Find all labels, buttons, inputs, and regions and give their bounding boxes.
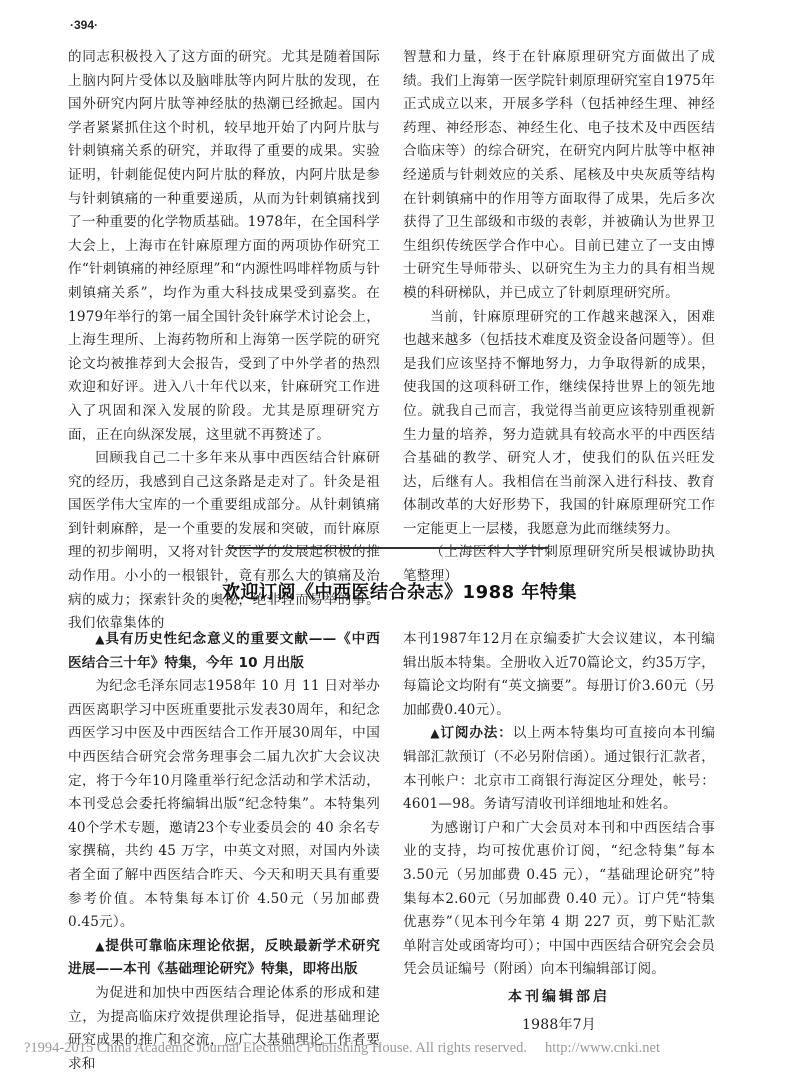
copyright-text: ?1994-2015 China Academic Journal Electr…: [24, 1040, 527, 1056]
signature: 本刊编辑部启: [403, 986, 715, 1010]
announcement-left-column: ▲具有历史性纪念意义的重要文献——《中西医结合三十年》特集，今年 10 月出版 …: [68, 628, 380, 1076]
section2-body-part2: 本刊1987年12月在京编委扩大会议建议，本刊编辑出版本特集。全册收入近70篇论…: [403, 628, 715, 722]
section1-heading: ▲具有历史性纪念意义的重要文献——《中西医结合三十年》特集，今年 10 月出版: [68, 628, 380, 675]
article-paragraph: 当前，针麻原理研究的工作越来越深入，困难也越来越多（包括技术难度及资金设备问题等…: [403, 306, 715, 542]
announcement-right-column: 本刊1987年12月在京编委扩大会议建议，本刊编辑出版本特集。全册收入近70篇论…: [403, 628, 715, 1037]
article-paragraph: 的同志积极投入了这方面的研究。尤其是随着国际上脑内阿片受体以及脑啡肽等内阿片肽的…: [68, 46, 380, 447]
footer-url[interactable]: http://www.cnki.net: [545, 1040, 660, 1056]
triangle-marker-icon: ▲: [95, 939, 105, 953]
section3-heading: ▲订阅办法：: [430, 725, 513, 741]
section2-heading: ▲提供可靠临床理论依据，反映最新学术研究进展——本刊《基础理论研究》特集，即将出…: [68, 935, 380, 982]
article-paragraph: 回顾我自己二十多年来从事中西医结合针麻研究的经历，我感到自己这条路是走对了。针灸…: [68, 447, 380, 636]
signature-date: 1988年7月: [403, 1014, 715, 1038]
section2-body-part1: 为促进和加快中西医结合理论体系的形成和建立，为提高临床疗效提供理论指导，促进基础…: [68, 982, 380, 1076]
section3-paragraph: ▲订阅办法：以上两本特集均可直接向本刊编辑部汇款预订（不必另附信函）。通过银行汇…: [403, 722, 715, 816]
section1-body: 为纪念毛泽东同志1958年 10 月 11 日对举办西医离职学习中医班重要批示发…: [68, 675, 380, 935]
copyright-footer: ?1994-2015 China Academic Journal Electr…: [24, 1040, 784, 1057]
page-number: ·394·: [70, 18, 98, 32]
section-divider: [228, 547, 548, 549]
triangle-marker-icon: ▲: [430, 726, 440, 740]
article-paragraph: 智慧和力量，终于在针麻原理研究方面做出了成绩。我们上海第一医学院针刺原理研究室自…: [403, 46, 715, 306]
announcement-headline: 欢迎订阅《中西医结合杂志》1988 年特集: [0, 578, 799, 604]
triangle-marker-icon: ▲: [95, 632, 105, 646]
article-right-column: 智慧和力量，终于在针麻原理研究方面做出了成绩。我们上海第一医学院针刺原理研究室自…: [403, 46, 715, 589]
discount-paragraph: 为感谢订户和广大会员对本刊和中西医结合事业的支持，均可按优惠价订阅，“纪念特集”…: [403, 817, 715, 982]
